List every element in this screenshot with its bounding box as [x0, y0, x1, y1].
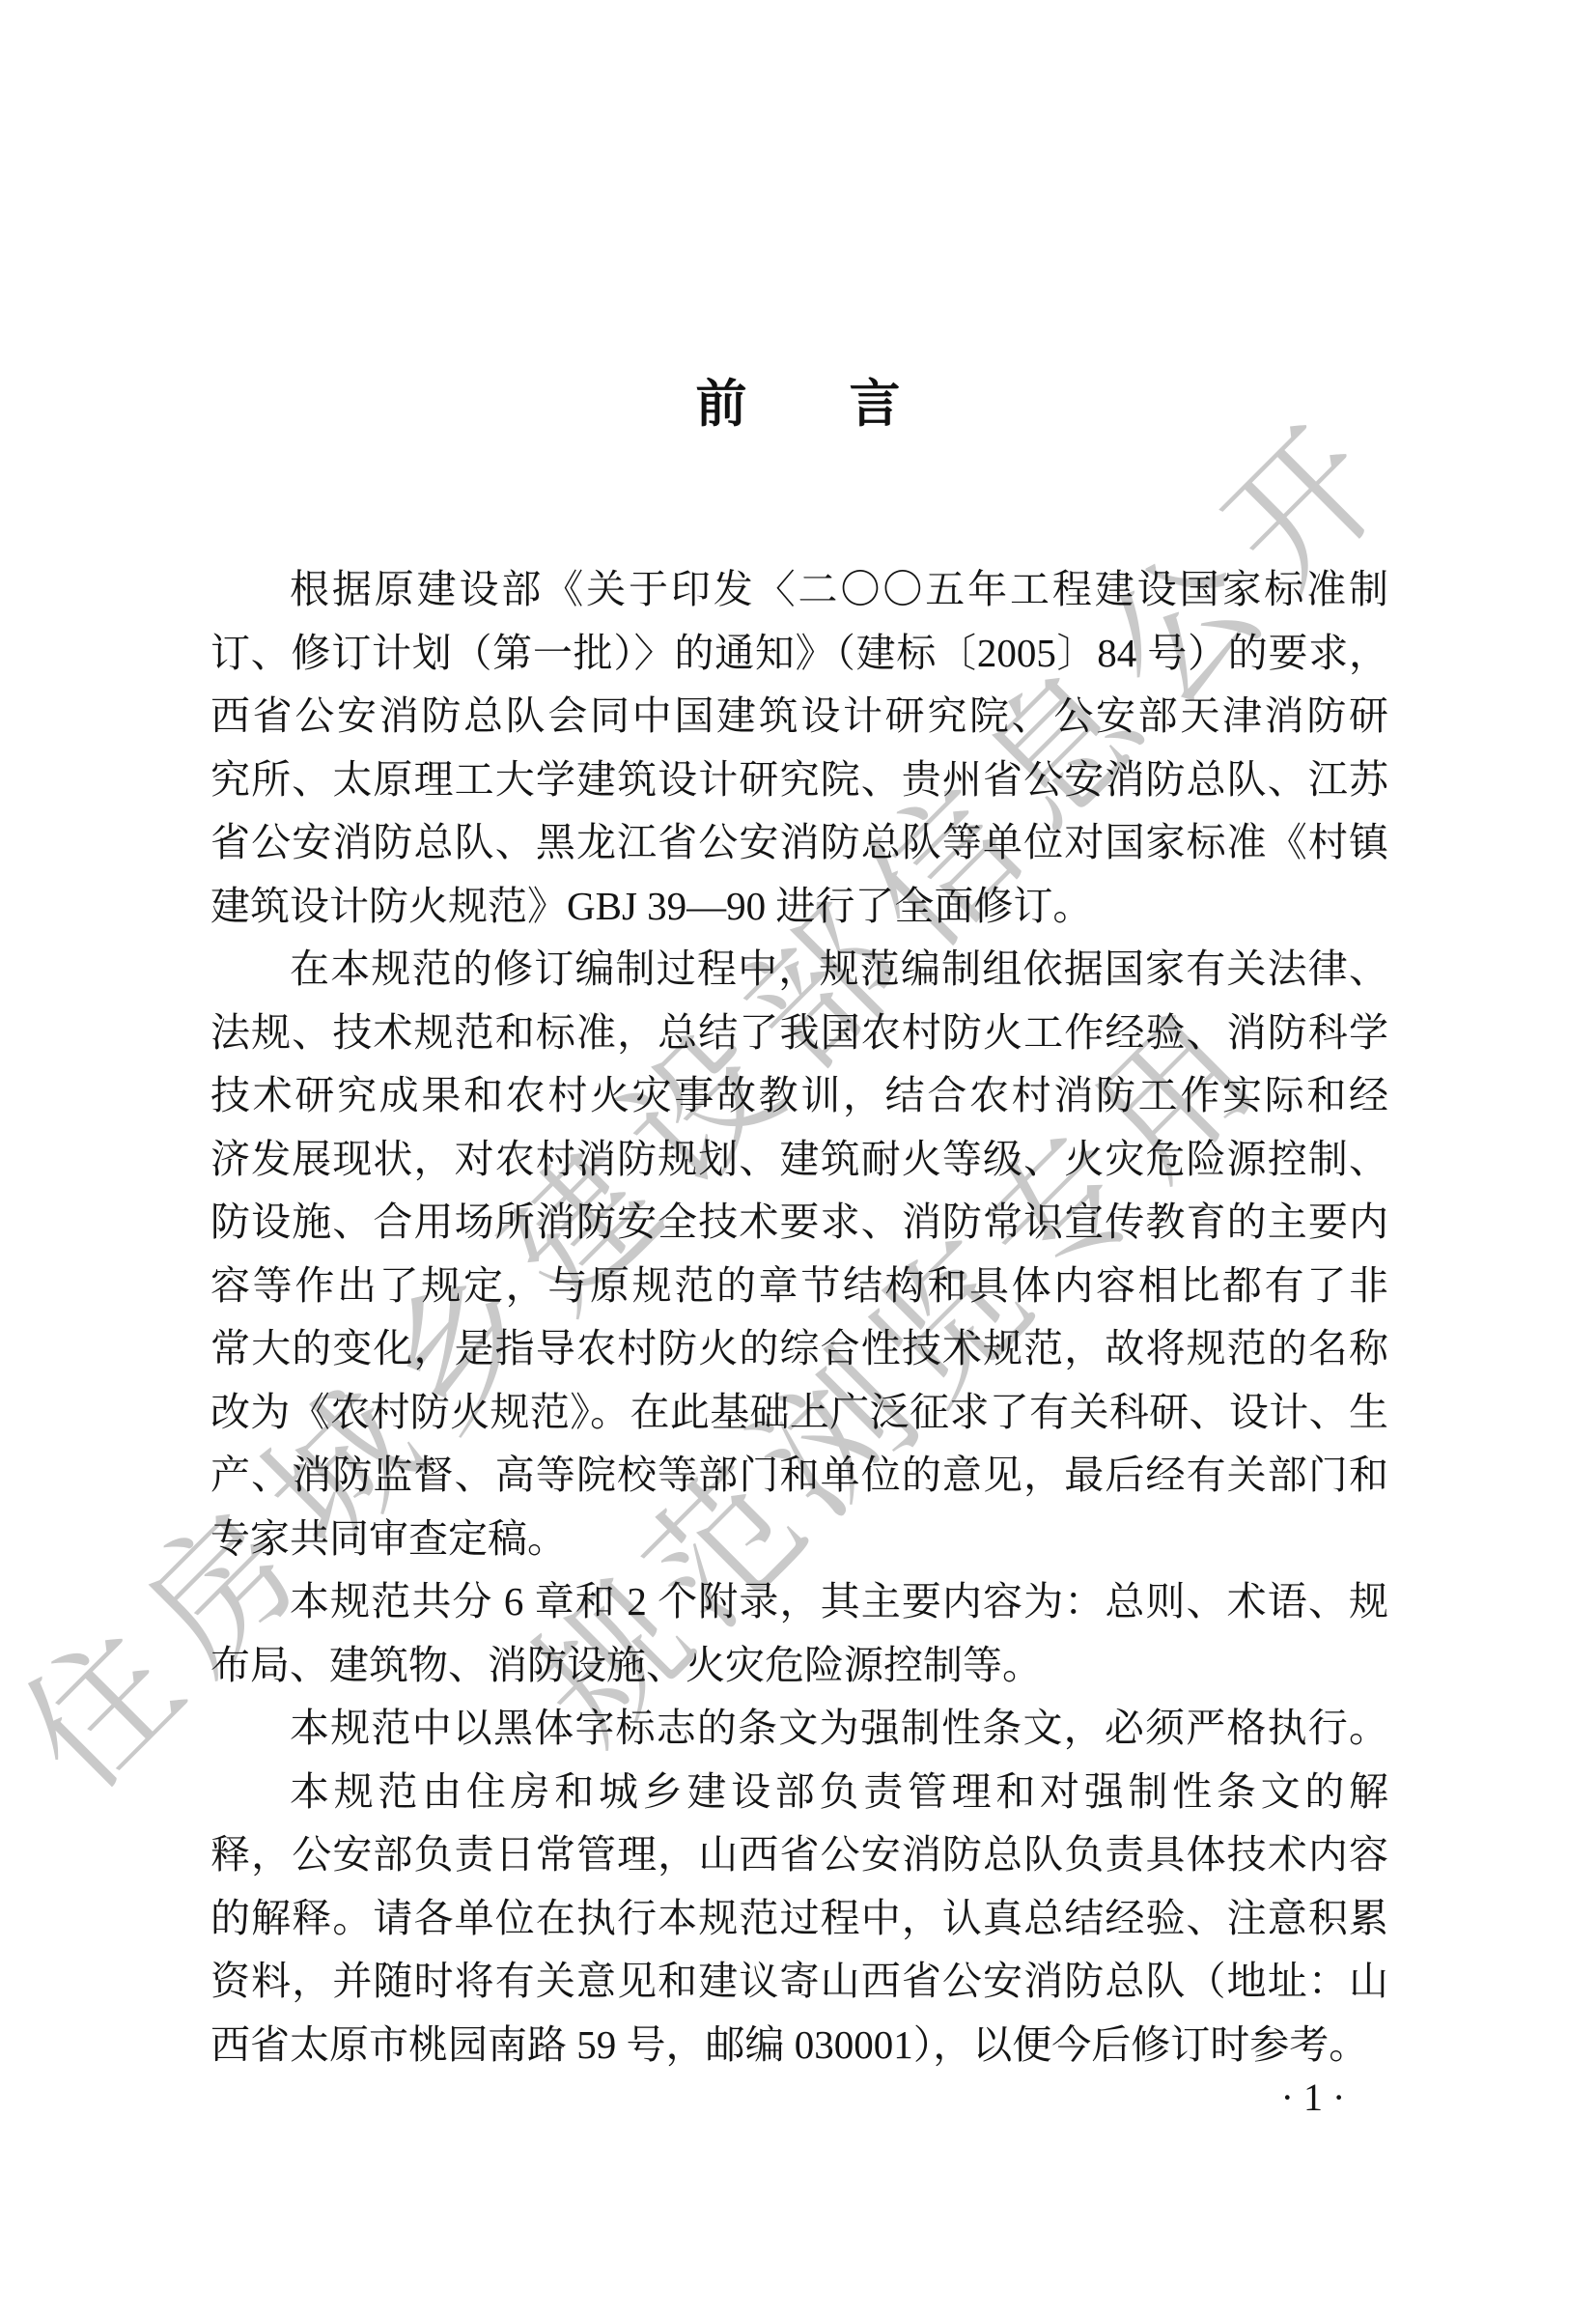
document-page: 住房城乡建设部信息公开 规范浏览专用 前 言 根据原建设部《关于印发〈二〇〇五年…	[0, 0, 1596, 2315]
body-line: 的解释。请各单位在执行本规范过程中，认真总结经验、注意积累	[210, 1887, 1388, 1951]
body-line: 西省公安消防总队会同中国建筑设计研究院、公安部天津消防研	[210, 685, 1388, 748]
body-line: 法规、技术规范和标准，总结了我国农村防火工作经验、消防科学	[210, 1002, 1388, 1065]
body-line: 订、修订计划（第一批）〉的通知》（建标〔2005〕84 号）的要求，由山	[210, 622, 1388, 686]
body-line: 容等作出了规定，与原规范的章节结构和具体内容相比都有了非	[210, 1255, 1388, 1318]
body-line: 省公安消防总队、黑龙江省公安消防总队等单位对国家标准《村镇	[210, 811, 1388, 875]
body-line: 释，公安部负责日常管理，山西省公安消防总队负责具体技术内容	[210, 1823, 1388, 1887]
body-line: 本规范共分 6 章和 2 个附录，其主要内容为：总则、术语、规划	[210, 1570, 1388, 1634]
body-line: 布局、建筑物、消防设施、火灾危险源控制等。	[210, 1634, 1388, 1698]
body-line: 根据原建设部《关于印发〈二〇〇五年工程建设国家标准制	[210, 558, 1388, 622]
body-line: 常大的变化，是指导农村防火的综合性技术规范，故将规范的名称	[210, 1317, 1388, 1381]
page-number: · 1 ·	[1246, 2075, 1381, 2120]
body-line: 技术研究成果和农村火灾事故教训，结合农村消防工作实际和经	[210, 1064, 1388, 1128]
body-text: 根据原建设部《关于印发〈二〇〇五年工程建设国家标准制订、修订计划（第一批）〉的通…	[210, 558, 1388, 2076]
body-line: 改为《农村防火规范》。在此基础上广泛征求了有关科研、设计、生	[210, 1381, 1388, 1445]
body-line: 在本规范的修订编制过程中，规范编制组依据国家有关法律、	[210, 938, 1388, 1002]
body-line: 防设施、合用场所消防安全技术要求、消防常识宣传教育的主要内	[210, 1191, 1388, 1255]
body-line: 济发展现状，对农村消防规划、建筑耐火等级、火灾危险源控制、消	[210, 1128, 1388, 1192]
body-line: 究所、太原理工大学建筑设计研究院、贵州省公安消防总队、江苏	[210, 748, 1388, 812]
body-line: 建筑设计防火规范》GBJ 39—90 进行了全面修订。	[210, 875, 1388, 939]
body-line: 产、消防监督、高等院校等部门和单位的意见，最后经有关部门和	[210, 1444, 1388, 1508]
body-line: 本规范中以黑体字标志的条文为强制性条文，必须严格执行。	[210, 1697, 1388, 1761]
body-line: 资料，并随时将有关意见和建议寄山西省公安消防总队（地址：山	[210, 1950, 1388, 2014]
body-line: 专家共同审查定稿。	[210, 1508, 1388, 1571]
body-line: 本规范由住房和城乡建设部负责管理和对强制性条文的解	[210, 1761, 1388, 1824]
page-title: 前 言	[0, 363, 1596, 437]
body-line: 西省太原市桃园南路 59 号，邮编 030001），以便今后修订时参考。	[210, 2014, 1388, 2077]
